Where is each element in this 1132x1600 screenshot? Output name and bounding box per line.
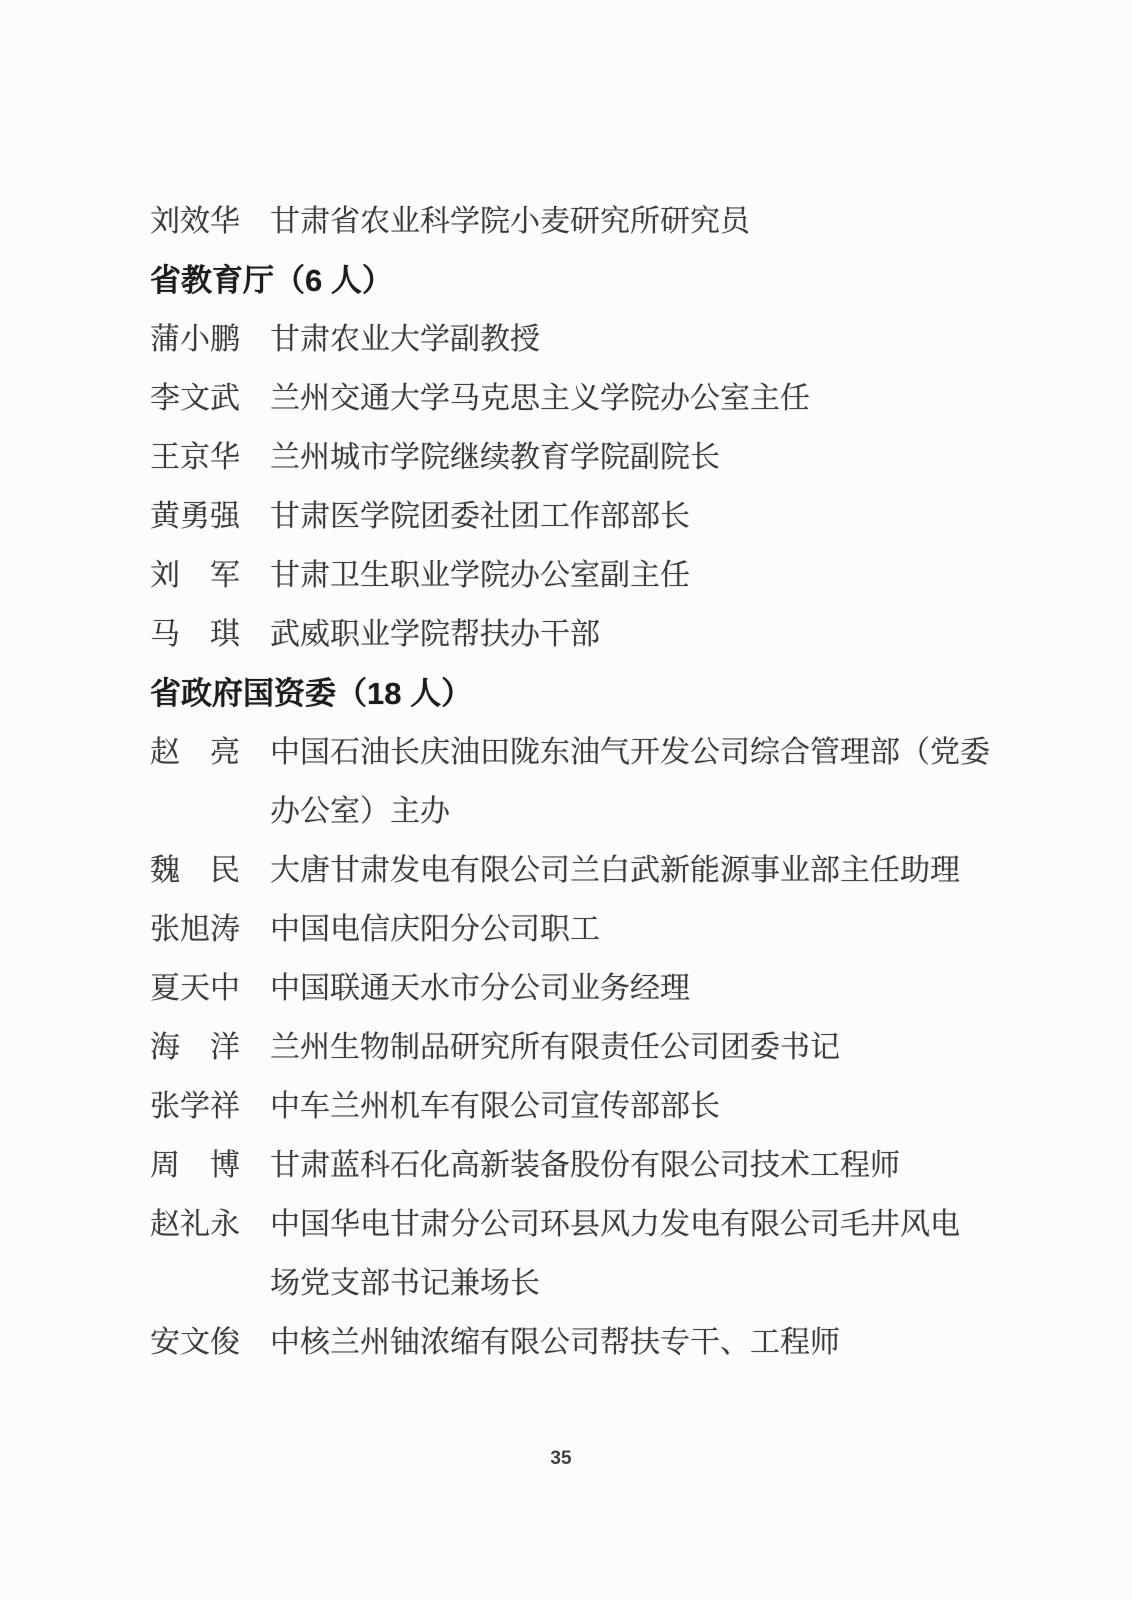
person-title-line: 甘肃省农业科学院小麦研究所研究员 bbox=[270, 192, 1020, 251]
person-title-block: 中核兰州铀浓缩有限公司帮扶专干、工程师 bbox=[270, 1313, 1020, 1372]
roster-entry: 黄勇强甘肃医学院团委社团工作部部长 bbox=[150, 487, 1020, 546]
person-name: 赵礼永 bbox=[150, 1195, 270, 1254]
person-name: 张旭涛 bbox=[150, 900, 270, 959]
person-title-block: 兰州城市学院继续教育学院副院长 bbox=[270, 428, 1020, 487]
person-name: 魏 民 bbox=[150, 841, 270, 900]
person-name: 张学祥 bbox=[150, 1077, 270, 1136]
person-name: 刘 军 bbox=[150, 546, 270, 605]
roster-entry: 李文武兰州交通大学马克思主义学院办公室主任 bbox=[150, 369, 1020, 428]
roster-entry: 周 博甘肃蓝科石化高新装备股份有限公司技术工程师 bbox=[150, 1136, 1020, 1195]
roster-list: 刘效华甘肃省农业科学院小麦研究所研究员省教育厅（6 人）蒲小鹏甘肃农业大学副教授… bbox=[150, 192, 1020, 1372]
person-title-line: 办公室）主办 bbox=[270, 782, 1020, 841]
document-page: 刘效华甘肃省农业科学院小麦研究所研究员省教育厅（6 人）蒲小鹏甘肃农业大学副教授… bbox=[0, 0, 1132, 1600]
person-name: 周 博 bbox=[150, 1136, 270, 1195]
person-name: 夏天中 bbox=[150, 959, 270, 1018]
person-name: 王京华 bbox=[150, 428, 270, 487]
roster-entry: 马 琪武威职业学院帮扶办干部 bbox=[150, 605, 1020, 664]
roster-entry: 刘效华甘肃省农业科学院小麦研究所研究员 bbox=[150, 192, 1020, 251]
person-title-block: 甘肃医学院团委社团工作部部长 bbox=[270, 487, 1020, 546]
person-title-line: 大唐甘肃发电有限公司兰白武新能源事业部主任助理 bbox=[270, 841, 1020, 900]
person-title-block: 中国联通天水市分公司业务经理 bbox=[270, 959, 1020, 1018]
roster-entry: 张学祥中车兰州机车有限公司宣传部部长 bbox=[150, 1077, 1020, 1136]
page-number: 35 bbox=[0, 1448, 1122, 1470]
person-title-block: 中国华电甘肃分公司环县风力发电有限公司毛井风电场党支部书记兼场长 bbox=[270, 1195, 1020, 1313]
section-header: 省教育厅（6 人） bbox=[150, 251, 1020, 310]
person-title-block: 兰州生物制品研究所有限责任公司团委书记 bbox=[270, 1018, 1020, 1077]
person-title-line: 中国华电甘肃分公司环县风力发电有限公司毛井风电 bbox=[270, 1195, 1020, 1254]
person-title-line: 兰州城市学院继续教育学院副院长 bbox=[270, 428, 1020, 487]
roster-entry: 夏天中中国联通天水市分公司业务经理 bbox=[150, 959, 1020, 1018]
person-name: 黄勇强 bbox=[150, 487, 270, 546]
person-title-line: 场党支部书记兼场长 bbox=[270, 1254, 1020, 1313]
person-title-line: 兰州生物制品研究所有限责任公司团委书记 bbox=[270, 1018, 1020, 1077]
person-title-line: 甘肃农业大学副教授 bbox=[270, 310, 1020, 369]
roster-entry: 王京华兰州城市学院继续教育学院副院长 bbox=[150, 428, 1020, 487]
person-title-block: 甘肃卫生职业学院办公室副主任 bbox=[270, 546, 1020, 605]
roster-entry: 蒲小鹏甘肃农业大学副教授 bbox=[150, 310, 1020, 369]
person-title-block: 兰州交通大学马克思主义学院办公室主任 bbox=[270, 369, 1020, 428]
person-title-block: 甘肃省农业科学院小麦研究所研究员 bbox=[270, 192, 1020, 251]
person-name: 李文武 bbox=[150, 369, 270, 428]
roster-entry: 安文俊中核兰州铀浓缩有限公司帮扶专干、工程师 bbox=[150, 1313, 1020, 1372]
person-title-block: 甘肃农业大学副教授 bbox=[270, 310, 1020, 369]
person-name: 马 琪 bbox=[150, 605, 270, 664]
person-title-line: 甘肃蓝科石化高新装备股份有限公司技术工程师 bbox=[270, 1136, 1020, 1195]
person-name: 蒲小鹏 bbox=[150, 310, 270, 369]
person-title-block: 中国石油长庆油田陇东油气开发公司综合管理部（党委办公室）主办 bbox=[270, 723, 1020, 841]
section-header: 省政府国资委（18 人） bbox=[150, 664, 1020, 723]
roster-entry: 赵礼永中国华电甘肃分公司环县风力发电有限公司毛井风电场党支部书记兼场长 bbox=[150, 1195, 1020, 1313]
person-title-line: 武威职业学院帮扶办干部 bbox=[270, 605, 1020, 664]
person-title-block: 中车兰州机车有限公司宣传部部长 bbox=[270, 1077, 1020, 1136]
person-title-block: 中国电信庆阳分公司职工 bbox=[270, 900, 1020, 959]
person-title-line: 中车兰州机车有限公司宣传部部长 bbox=[270, 1077, 1020, 1136]
roster-entry: 海 洋兰州生物制品研究所有限责任公司团委书记 bbox=[150, 1018, 1020, 1077]
person-title-block: 大唐甘肃发电有限公司兰白武新能源事业部主任助理 bbox=[270, 841, 1020, 900]
person-title-line: 中国电信庆阳分公司职工 bbox=[270, 900, 1020, 959]
person-title-line: 甘肃医学院团委社团工作部部长 bbox=[270, 487, 1020, 546]
roster-entry: 赵 亮中国石油长庆油田陇东油气开发公司综合管理部（党委办公室）主办 bbox=[150, 723, 1020, 841]
person-title-block: 甘肃蓝科石化高新装备股份有限公司技术工程师 bbox=[270, 1136, 1020, 1195]
person-title-line: 兰州交通大学马克思主义学院办公室主任 bbox=[270, 369, 1020, 428]
person-name: 刘效华 bbox=[150, 192, 270, 251]
person-title-line: 中国联通天水市分公司业务经理 bbox=[270, 959, 1020, 1018]
roster-entry: 张旭涛中国电信庆阳分公司职工 bbox=[150, 900, 1020, 959]
person-title-line: 中核兰州铀浓缩有限公司帮扶专干、工程师 bbox=[270, 1313, 1020, 1372]
person-title-line: 甘肃卫生职业学院办公室副主任 bbox=[270, 546, 1020, 605]
person-title-block: 武威职业学院帮扶办干部 bbox=[270, 605, 1020, 664]
person-title-line: 中国石油长庆油田陇东油气开发公司综合管理部（党委 bbox=[270, 723, 1020, 782]
person-name: 海 洋 bbox=[150, 1018, 270, 1077]
roster-entry: 刘 军甘肃卫生职业学院办公室副主任 bbox=[150, 546, 1020, 605]
person-name: 赵 亮 bbox=[150, 723, 270, 782]
roster-entry: 魏 民大唐甘肃发电有限公司兰白武新能源事业部主任助理 bbox=[150, 841, 1020, 900]
person-name: 安文俊 bbox=[150, 1313, 270, 1372]
